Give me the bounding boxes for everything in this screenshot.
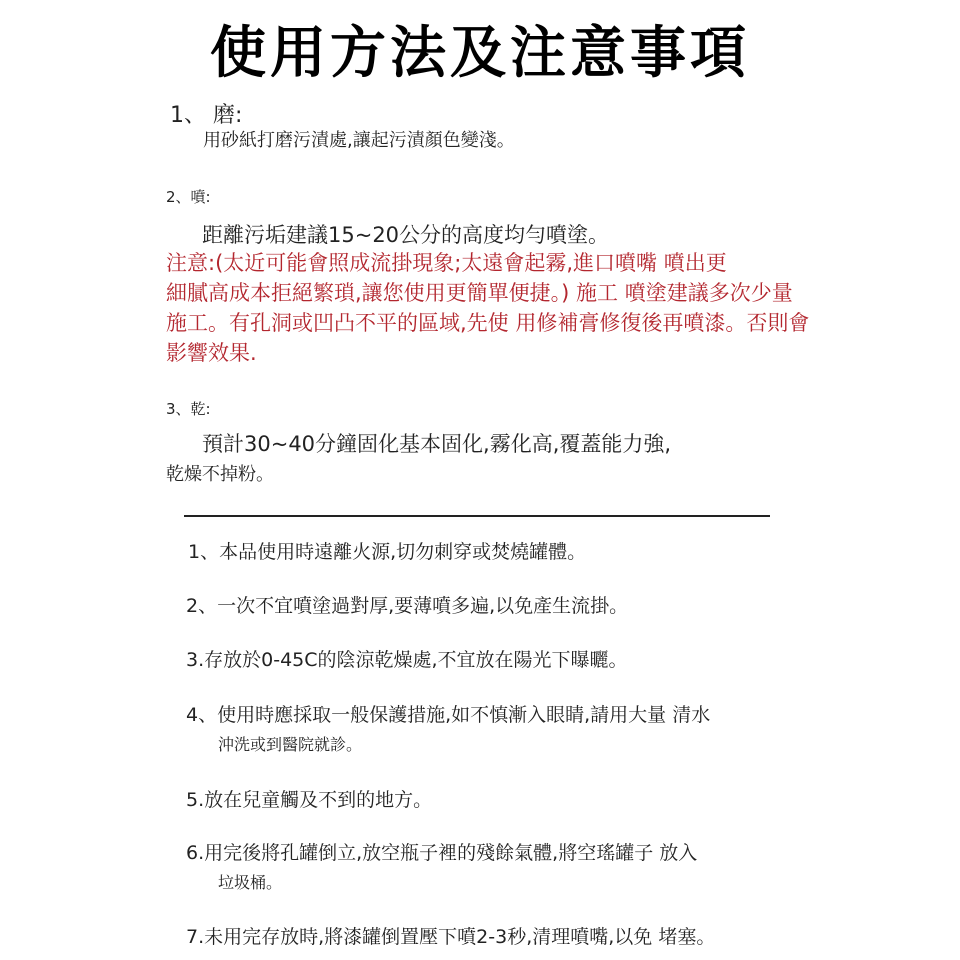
step-2-text: 距離污垢建議15~20公分的高度均勻噴塗。: [202, 219, 609, 249]
step-2-heading: 2、噴:: [166, 186, 211, 207]
note-5: 5.放在兒童觸及不到的地方。: [186, 785, 432, 812]
step-2-warning-line-3: 施工。有孔洞或凹凸不平的區域,先使 用修補膏修復後再噴漆。否則會: [166, 306, 809, 340]
note-6-continuation: 垃圾桶。: [218, 870, 282, 893]
step-3-heading: 3、乾:: [166, 398, 211, 419]
section-divider: [184, 515, 770, 517]
step-1-text: 用砂紙打磨污漬處,讓起污漬顏色變淺。: [203, 126, 515, 152]
note-3: 3.存放於0-45C的陰涼乾燥處,不宜放在陽光下曝曬。: [186, 645, 628, 672]
note-6: 6.用完後將孔罐倒立,放空瓶子裡的殘餘氣體,將空瑤罐子 放入: [186, 838, 697, 865]
note-2: 2、一次不宜噴塗過對厚,要薄噴多遍,以免產生流掛。: [186, 591, 628, 618]
note-1: 1、本品使用時遠離火源,切勿刺穿或焚燒罐體。: [188, 537, 586, 564]
note-7: 7.未用完存放時,將漆罐倒置壓下噴2-3秒,清理噴嘴,以免 堵塞。: [186, 922, 715, 949]
page-title: 使用方法及注意事項: [0, 18, 960, 90]
step-3-text-line-1: 預計30~40分鐘固化基本固化,霧化高,覆蓋能力強,: [202, 428, 671, 458]
step-2-warning-line-2: 細膩高成本拒絕繁瑣,讓您使用更簡單便捷。) 施工 噴塗建議多次少量: [166, 276, 793, 310]
step-3-text-line-2: 乾燥不掉粉。: [166, 460, 274, 486]
step-1-heading: 1、 磨:: [170, 98, 242, 129]
note-4-continuation: 沖洗或到醫院就診。: [218, 732, 362, 755]
step-2-warning-line-4: 影響效果.: [166, 336, 257, 370]
note-4: 4、使用時應採取一般保護措施,如不慎漸入眼睛,請用大量 清水: [186, 700, 710, 727]
step-2-warning-line-1: 注意:(太近可能會照成流掛現象;太遠會起霧,進口噴嘴 噴出更: [166, 246, 727, 280]
